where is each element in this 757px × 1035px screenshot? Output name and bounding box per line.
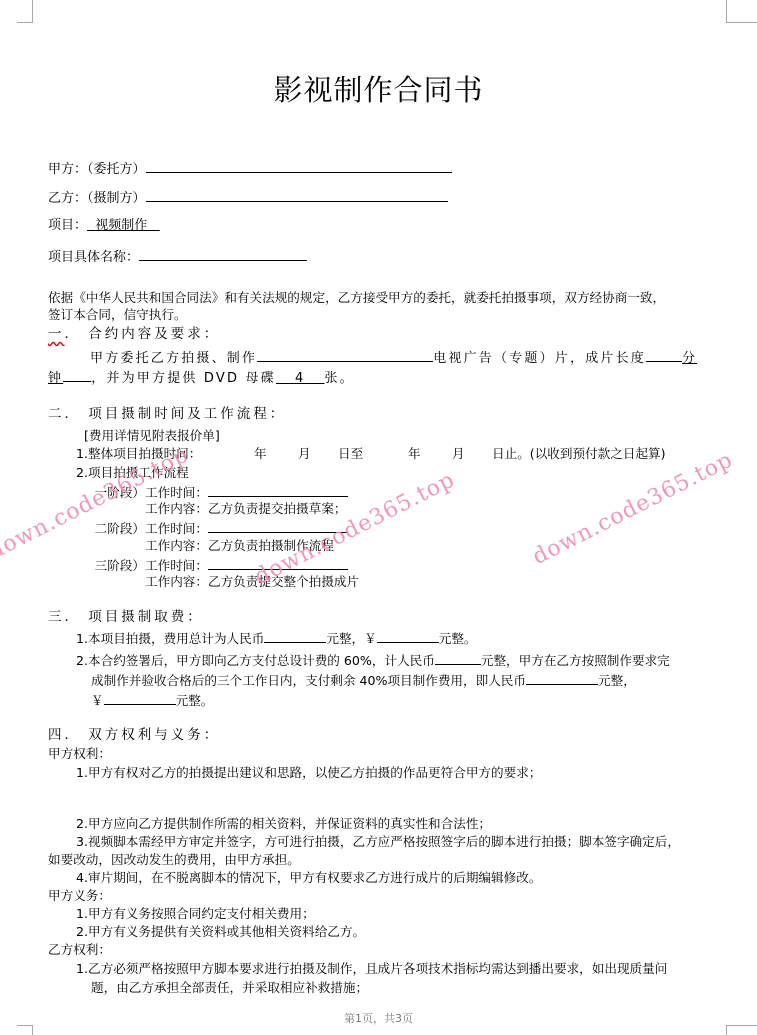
party-a-duties-label: 甲方义务： — [48, 887, 111, 904]
length-field[interactable] — [646, 347, 682, 362]
party-a-right-2: 2.甲方应向乙方提供制作所需的相关资料，并保证资料的真实性和合法性； — [76, 815, 491, 832]
section-1-line-1: 甲方委托乙方拍摄、制作电视广告（专题）片，成片长度分 — [90, 347, 697, 367]
party-a-right-3: 3.视频脚本需经甲方审定并签字，方可进行拍摄，乙方应严格按照签字后的脚本进行拍摄… — [76, 833, 680, 850]
project-name-line: 项目具体名称： — [48, 246, 307, 266]
project-name-field[interactable] — [139, 246, 307, 261]
page-corner-mark — [17, 0, 33, 23]
deposit-field[interactable] — [435, 650, 481, 665]
watermark: down.code365.top — [529, 447, 737, 570]
party-b-right-1-cont: 题，由乙方承担全部责任，并采取相应补救措施； — [91, 979, 368, 996]
party-a-field[interactable] — [146, 158, 452, 173]
project-line: 项目： 视频制作 — [48, 217, 160, 234]
section-3-item-2-line-1: 2.本合约签署后，甲方即向乙方支付总设计费的 60%，计人民币元整，甲方在乙方按… — [76, 650, 670, 669]
section-1-title: ． 合约内容及要求： — [65, 326, 221, 342]
page-corner-mark — [726, 0, 757, 23]
party-a-rights-label: 甲方权利： — [48, 745, 111, 762]
stage-1-content: 工作内容：乙方负责提交拍摄草案； — [145, 500, 347, 517]
section-1-heading: 一． 合约内容及要求： — [48, 326, 220, 343]
party-b-rights-label: 乙方权利： — [48, 941, 111, 958]
balance-yuan-field[interactable] — [104, 690, 176, 705]
section-3-heading: 三． 项目摄制取费： — [48, 609, 204, 626]
party-b-label: 乙方：（摄制方） — [48, 191, 146, 206]
party-a-right-4: 4.审片期间，在不脱离脚本的情况下，甲方有权要求乙方进行成片的后期编辑修改。 — [76, 869, 541, 886]
section-3-item-2-line-3: ￥元整。 — [91, 690, 213, 709]
dvd-count-field[interactable]: 4 — [276, 371, 324, 386]
total-fee-yuan-field[interactable] — [377, 628, 439, 643]
total-fee-field[interactable] — [264, 628, 326, 643]
page-corner-mark — [17, 1025, 33, 1035]
party-a-duty-1: 1.甲方有义务按照合同约定支付相关费用； — [76, 905, 315, 922]
length-field-cont[interactable] — [63, 367, 91, 382]
page-footer: 第1页，共3页 — [0, 1010, 757, 1026]
section-1-line-2: 钟，并为甲方提供 DVD 母碟 4 张。 — [48, 367, 355, 387]
project-name-label: 项目具体名称： — [48, 250, 139, 265]
ad-name-field[interactable] — [257, 347, 433, 362]
stage-3-content: 工作内容：乙方负责提交整个拍摄成片 — [145, 573, 359, 590]
section-1-number: 一 — [48, 326, 65, 342]
stage-1-time-field[interactable] — [208, 482, 348, 497]
section-2-heading: 二． 项目摄制时间及工作流程： — [48, 406, 286, 423]
document-title: 影视制作合同书 — [0, 72, 757, 108]
section-4-heading: 四． 双方权利与义务： — [48, 727, 220, 744]
preamble-line-2: 签订本合同，信守执行。 — [48, 306, 187, 323]
party-a-right-1: 1.甲方有权对乙方的拍摄提出建议和思路，以使乙方拍摄的作品更符合甲方的要求； — [76, 764, 541, 781]
page-corner-mark — [726, 1025, 757, 1035]
party-a-duty-2: 2.甲方有义务提供有关资料或其他相关资料给乙方。 — [76, 923, 365, 940]
preamble-line-1: 依据《中华人民共和国合同法》和有关法规的规定，乙方接受甲方的委托，就委托拍摄事项… — [48, 289, 665, 306]
section-2-note: [费用详情见附表报价单] — [84, 427, 220, 444]
party-a-label: 甲方：（委托方） — [48, 162, 146, 177]
party-a-right-3-cont: 如要改动，因改动发生的费用，由甲方承担。 — [48, 851, 300, 868]
project-value[interactable]: 视频制作 — [87, 218, 160, 233]
party-b-field[interactable] — [146, 187, 448, 202]
party-b-line: 乙方：（摄制方） — [48, 187, 448, 207]
party-b-right-1: 1.乙方必须严格按照甲方脚本要求进行拍摄及制作，且成片各项技术指标均需达到播出要… — [76, 960, 667, 977]
stage-2-time: 二阶段）工作时间： — [90, 518, 348, 537]
party-a-line: 甲方：（委托方） — [48, 158, 452, 178]
section-3-item-2-line-2: 成制作并验收合格后的三个工作日内，支付剩余 40%项目制作费用，即人民币元整， — [91, 670, 636, 689]
project-label: 项目： — [48, 218, 87, 233]
section-3-item-1: 1.本项目拍摄，费用总计为人民币元整，￥元整。 — [76, 628, 477, 647]
balance-field[interactable] — [526, 670, 598, 685]
